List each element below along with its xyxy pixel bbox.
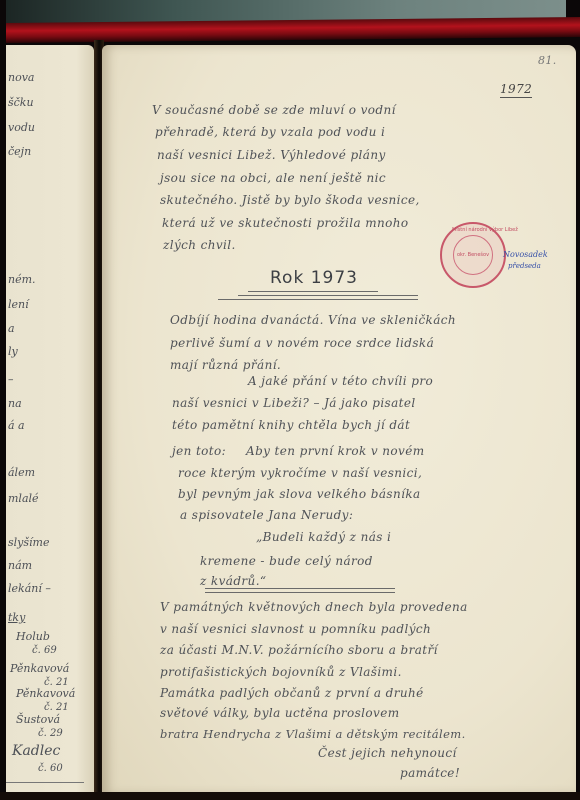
left-fragment: nova <box>8 71 34 84</box>
left-fragment: Šustová <box>16 713 60 726</box>
left-fragment: na <box>8 397 22 410</box>
text-line: bratra Hendrycha z Vlašimi a dětským rec… <box>160 727 466 741</box>
stamp-ring-text: Místní národní výbor Libež <box>452 227 518 233</box>
left-fragment: Holub <box>16 630 50 643</box>
left-fragment: mlalé <box>8 492 39 505</box>
left-page: nova ščku vodu čejn ném. lení a ly – na … <box>6 45 94 800</box>
text-line: zlých chvil. <box>163 238 236 252</box>
left-fragment: Pěnkavová <box>16 687 75 700</box>
left-fragment: ném. <box>8 273 36 286</box>
text-line: Památka padlých občanů z první a druhé <box>160 686 424 700</box>
text-line: protifašistických bojovníků z Vlašimi. <box>160 665 402 679</box>
text-line: Odbíjí hodina dvanáctá. Vína ve skleničk… <box>170 313 456 327</box>
book-bottom-edge <box>0 792 580 800</box>
official-stamp: Místní národní výbor Libež okr. Benešov <box>440 222 506 288</box>
left-fragment: Pěnkavová <box>10 662 69 675</box>
heading-underline <box>238 295 418 296</box>
closing-line: Čest jejich nehynoucí <box>318 746 457 760</box>
text-line: naší vesnici v Libeži? – Já jako pisatel <box>172 396 416 410</box>
left-fragment: lekání – <box>8 582 51 595</box>
text-line: naší vesnici Libež. Výhledové plány <box>157 148 386 162</box>
left-fragment: álem <box>8 466 35 479</box>
text-line: A jaké přání v této chvíli pro <box>248 374 433 388</box>
left-fragment: a <box>8 322 15 335</box>
text-line: přehradě, která by vzala pod vodu i <box>155 125 385 139</box>
text-line: v naší vesnici slavnost u pomníku padlýc… <box>160 622 431 636</box>
left-fragment: ščku <box>8 96 34 109</box>
closing-line: památce! <box>400 766 460 780</box>
text-line: mají různá přání. <box>170 358 281 372</box>
page-number: 81. <box>538 54 557 67</box>
left-fragment: vodu <box>8 121 35 134</box>
quote-line: „Budeli každý z nás i <box>256 530 391 544</box>
left-fragment: č. 60 <box>38 763 63 774</box>
text-line: byl pevným jak slova velkého básníka <box>178 487 421 501</box>
left-fragment: ly <box>8 345 18 358</box>
left-fragment: – <box>8 373 14 386</box>
left-fragment: tky <box>8 611 25 624</box>
text-line: jen toto: <box>172 444 226 458</box>
text-line: skutečného. Jistě by bylo škoda vesnice, <box>160 193 420 207</box>
quote-underline <box>205 592 395 593</box>
text-line: která už ve skutečnosti prožila mnoho <box>162 216 409 230</box>
left-fragment: č. 69 <box>32 645 57 656</box>
coat-of-arms-icon: okr. Benešov <box>453 235 493 275</box>
signature: Novosadek <box>503 250 548 259</box>
left-fragment: slyšíme <box>8 536 49 549</box>
quote-line: z kvádrů.“ <box>200 574 266 588</box>
quote-underline <box>205 588 395 589</box>
heading-underline <box>218 299 418 300</box>
heading-underline <box>248 291 378 292</box>
left-fragment: č. 29 <box>38 728 63 739</box>
text-line: světové války, byla uctěna proslovem <box>160 706 400 720</box>
text-line: a spisovatele Jana Nerudy: <box>180 508 353 522</box>
left-fragment: nám <box>8 559 32 572</box>
text-line: Aby ten první krok v novém <box>246 444 425 458</box>
section-heading: Rok 1973 <box>270 268 358 288</box>
stamp-inner-text: okr. Benešov <box>457 252 489 258</box>
text-line: jsou sice na obci, ale není ještě nic <box>160 171 386 185</box>
text-line: perlivě šumí a v novém roce srdce lidská <box>170 336 434 350</box>
left-fragment: čejn <box>8 145 31 158</box>
left-fragment: lení <box>8 298 29 311</box>
divider <box>6 782 84 783</box>
text-line: V památných květnových dnech byla proved… <box>160 600 468 614</box>
quote-line: kremene - bude celý národ <box>200 554 373 568</box>
text-line: roce kterým vykročíme v naší vesnici, <box>178 466 422 480</box>
text-line: za účasti M.N.V. požárnícího sboru a bra… <box>160 643 438 657</box>
left-fragment: Kadlec <box>12 743 60 759</box>
signature-role: předseda <box>508 262 541 270</box>
year-mark: 1972 <box>500 82 532 98</box>
text-line: V současné době se zde mluví o vodní <box>152 103 396 117</box>
text-line: této pamětní knihy chtěla bych jí dát <box>172 418 410 432</box>
left-fragment: á a <box>8 419 25 432</box>
left-fragment: č. 21 <box>44 702 69 713</box>
